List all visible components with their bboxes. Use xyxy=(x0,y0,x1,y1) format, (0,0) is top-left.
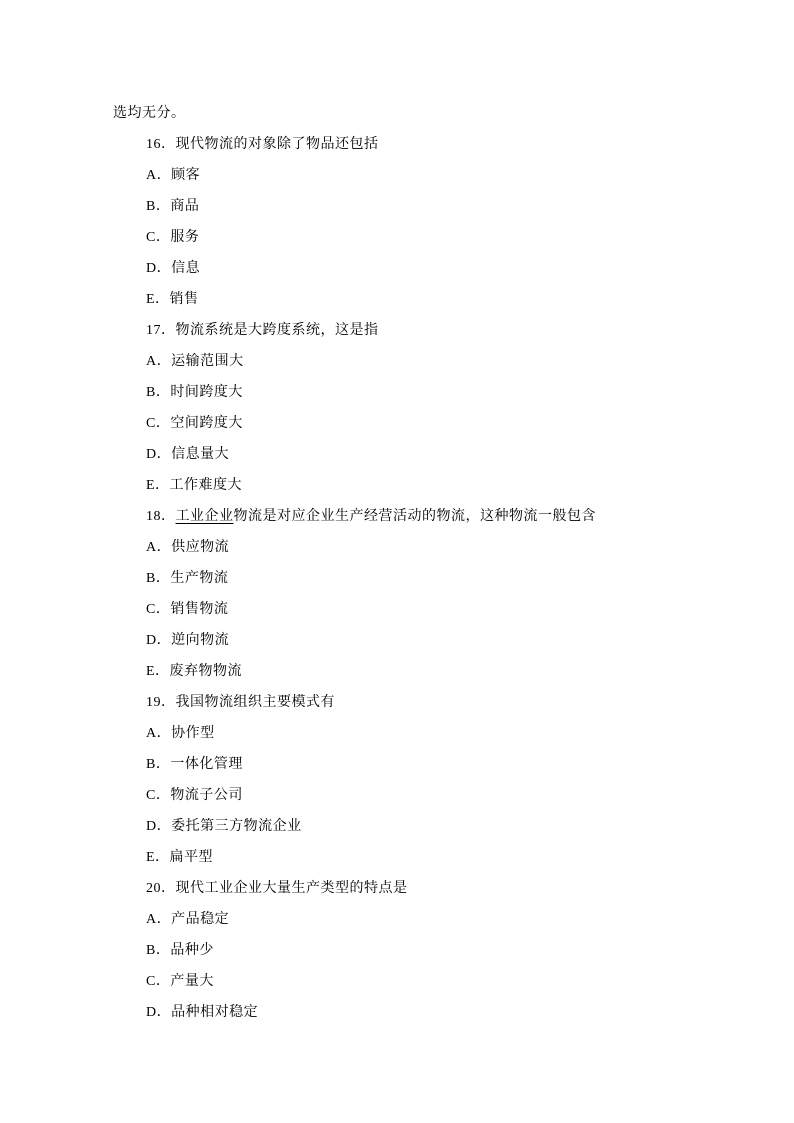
question-16-option-b: B．商品 xyxy=(113,191,778,222)
question-19-option-e: E．扁平型 xyxy=(113,842,778,873)
question-20-option-d: D．品种相对稳定 xyxy=(113,997,778,1028)
question-20-option-c: C．产量大 xyxy=(113,966,778,997)
question-20-option-b: B．品种少 xyxy=(113,935,778,966)
question-19-stem: 19．我国物流组织主要模式有 xyxy=(113,687,778,718)
question-16-option-a: A．顾客 xyxy=(113,160,778,191)
question-18: 18．工业企业物流是对应企业生产经营活动的物流，这种物流一般包含 A．供应物流 … xyxy=(113,501,778,687)
question-16: 16．现代物流的对象除了物品还包括 A．顾客 B．商品 C．服务 D．信息 E．… xyxy=(113,129,778,315)
question-19-option-c: C．物流子公司 xyxy=(113,780,778,811)
question-17-option-d: D．信息量大 xyxy=(113,439,778,470)
question-17-option-e: E．工作难度大 xyxy=(113,470,778,501)
question-18-option-e: E．废弃物物流 xyxy=(113,656,778,687)
question-19-option-a: A．协作型 xyxy=(113,718,778,749)
question-16-option-e: E．销售 xyxy=(113,284,778,315)
intro-text: 选均无分。 xyxy=(113,98,778,129)
question-17: 17．物流系统是大跨度系统，这是指 A．运输范围大 B．时间跨度大 C．空间跨度… xyxy=(113,315,778,501)
question-16-stem: 16．现代物流的对象除了物品还包括 xyxy=(113,129,778,160)
question-20-option-a: A．产品稳定 xyxy=(113,904,778,935)
question-19-option-d: D．委托第三方物流企业 xyxy=(113,811,778,842)
question-18-option-c: C．销售物流 xyxy=(113,594,778,625)
question-18-option-d: D．逆向物流 xyxy=(113,625,778,656)
question-18-stem: 18．工业企业物流是对应企业生产经营活动的物流，这种物流一般包含 xyxy=(113,501,778,532)
question-20: 20．现代工业企业大量生产类型的特点是 A．产品稳定 B．品种少 C．产量大 D… xyxy=(113,873,778,1028)
question-19: 19．我国物流组织主要模式有 A．协作型 B．一体化管理 C．物流子公司 D．委… xyxy=(113,687,778,873)
question-17-option-c: C．空间跨度大 xyxy=(113,408,778,439)
question-16-option-c: C．服务 xyxy=(113,222,778,253)
question-18-stem-underlined-term: 工业企业 xyxy=(176,509,234,524)
question-19-option-b: B．一体化管理 xyxy=(113,749,778,780)
question-16-option-d: D．信息 xyxy=(113,253,778,284)
question-17-stem: 17．物流系统是大跨度系统，这是指 xyxy=(113,315,778,346)
question-18-stem-prefix: 18． xyxy=(146,509,176,524)
question-17-option-b: B．时间跨度大 xyxy=(113,377,778,408)
question-18-option-a: A．供应物流 xyxy=(113,532,778,563)
exam-document-page: 选均无分。 16．现代物流的对象除了物品还包括 A．顾客 B．商品 C．服务 D… xyxy=(113,98,778,1028)
question-18-stem-suffix: 物流是对应企业生产经营活动的物流，这种物流一般包含 xyxy=(234,509,597,524)
question-18-option-b: B．生产物流 xyxy=(113,563,778,594)
question-17-option-a: A．运输范围大 xyxy=(113,346,778,377)
question-20-stem: 20．现代工业企业大量生产类型的特点是 xyxy=(113,873,778,904)
